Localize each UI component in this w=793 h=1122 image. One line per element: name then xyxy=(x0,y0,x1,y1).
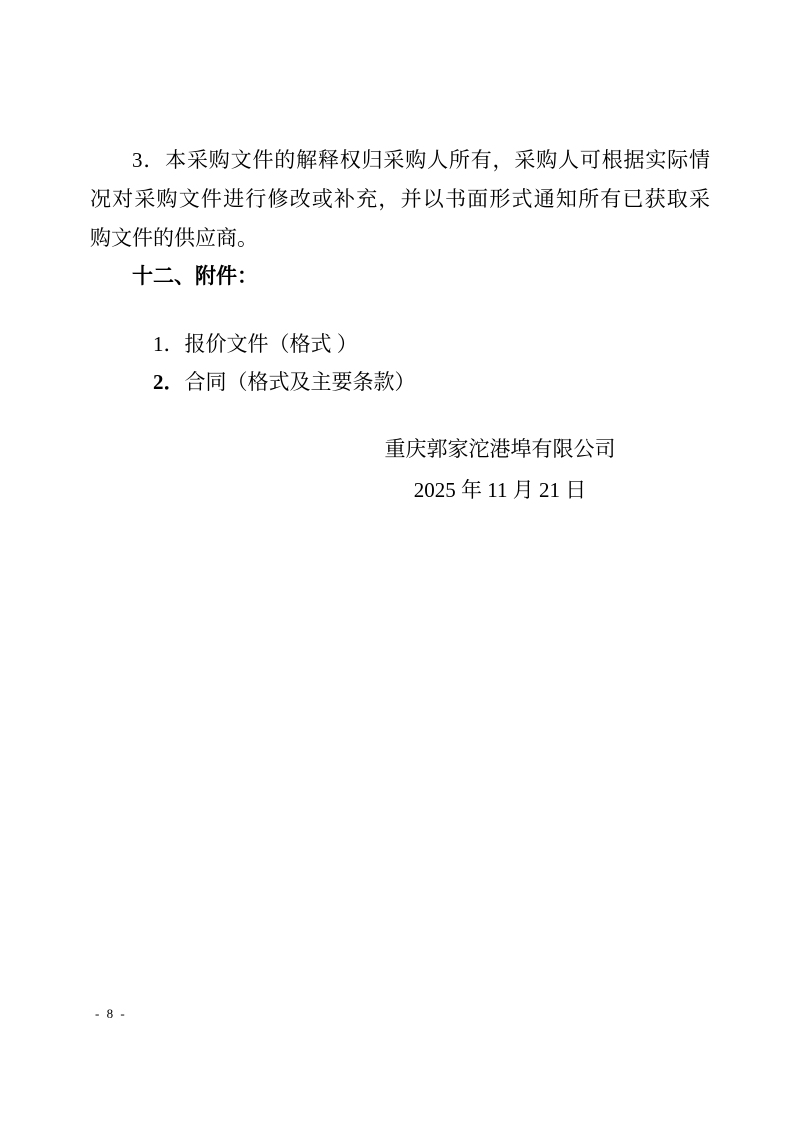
paragraph-3-line-1: 3．本采购文件的解释权归采购人所有，采购人可根据实际情 xyxy=(90,145,710,175)
signature-date: 2025 年 11 月 21 日 xyxy=(300,475,700,505)
attachments-heading: 十二、附件： xyxy=(90,261,752,291)
attachment-item-2: 2．合同（格式及主要条款） xyxy=(90,337,752,427)
page-number: - 8 - xyxy=(95,1006,127,1022)
paragraph-3-line-2: 况对采购文件进行修改或补充，并以书面形式通知所有已获取采 xyxy=(90,184,710,214)
paragraph-3-line-3: 购文件的供应商。 xyxy=(90,223,710,253)
attachment-item-2-number: 2． xyxy=(153,370,185,394)
document-page: 3．本采购文件的解释权归采购人所有，采购人可根据实际情 况对采购文件进行修改或补… xyxy=(0,0,793,1122)
signature-company-name: 重庆郭家沱港埠有限公司 xyxy=(300,434,700,464)
attachment-item-2-text: 合同（格式及主要条款） xyxy=(185,370,416,394)
